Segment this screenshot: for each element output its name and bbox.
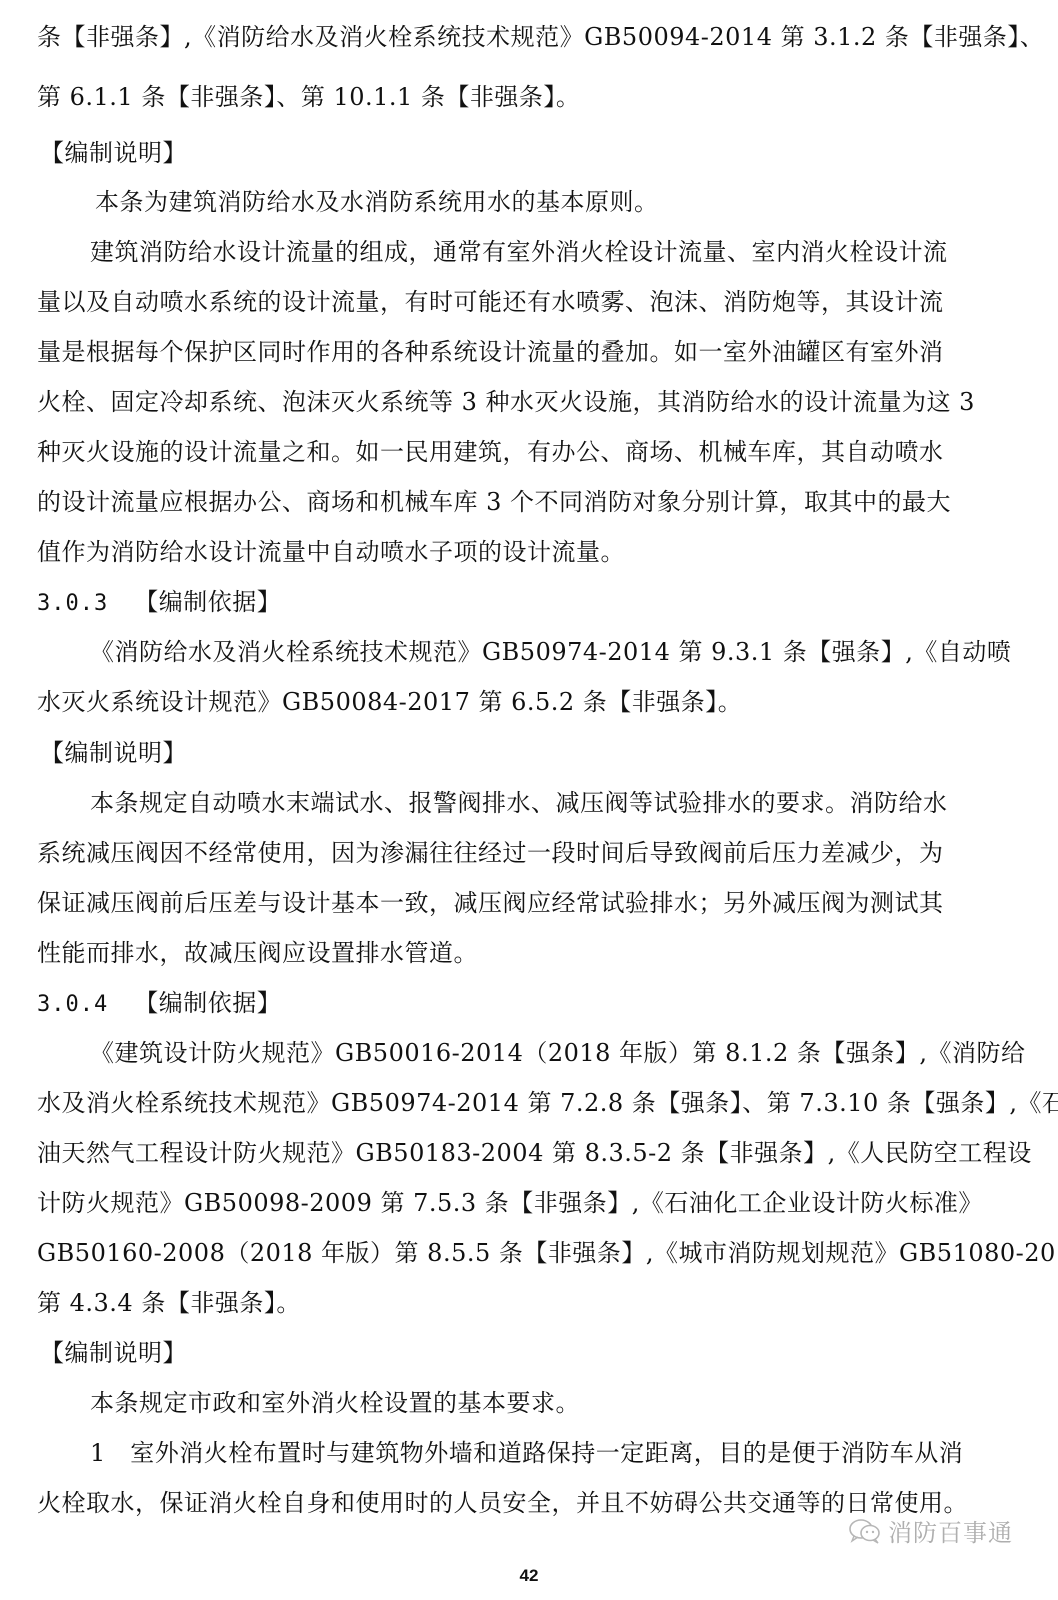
basis-line: 水灭火系统设计规范》GB50084-2017 第 6.5.2 条【非强条】。: [37, 687, 742, 717]
paragraph-line: 火栓、固定冷却系统、泡沫灭火系统等 3 种水灭火设施，其消防给水的设计流量为这 …: [37, 387, 975, 417]
section-number: 3.0.3: [37, 591, 108, 616]
paragraph-line: 保证减压阀前后压差与设计基本一致，减压阀应经常试验排水；另外减压阀为测试其: [37, 888, 944, 918]
paragraph-line: 建筑消防给水设计流量的组成，通常有室外消火栓设计流量、室内消火栓设计流: [90, 237, 948, 267]
paragraph-line: 量是根据每个保护区同时作用的各种系统设计流量的叠加。如一室外油罐区有室外消: [37, 337, 944, 367]
paragraph-line: 本条规定市政和室外消火栓设置的基本要求。: [90, 1388, 580, 1418]
section-heading-label: 【编制依据】: [134, 989, 281, 1017]
paragraph-line: 系统减压阀因不经常使用，因为渗漏往往经过一段时间后导致阀前后压力差减少，为: [37, 838, 944, 868]
basis-line: 计防火规范》GB50098-2009 第 7.5.3 条【非强条】,《石油化工企…: [37, 1188, 983, 1218]
basis-line: 水及消火栓系统技术规范》GB50974-2014 第 7.2.8 条【强条】、第…: [37, 1088, 1058, 1118]
section-heading-3-0-4: 3.0.4【编制依据】: [37, 988, 281, 1020]
document-page: 条【非强条】,《消防给水及消火栓系统技术规范》GB50094-2014 第 3.…: [0, 0, 1058, 1600]
basis-line: 《建筑设计防火规范》GB50016-2014（2018 年版）第 8.1.2 条…: [90, 1038, 1026, 1068]
basis-line: 《消防给水及消火栓系统技术规范》GB50974-2014 第 9.3.1 条【强…: [90, 637, 1011, 667]
paragraph-line: 性能而排水，故减压阀应设置排水管道。: [37, 938, 478, 968]
basis-line: 第 4.3.4 条【非强条】。: [37, 1288, 301, 1318]
page-number: 42: [0, 1566, 1058, 1586]
explanation-label: 【编制说明】: [40, 738, 187, 768]
paragraph-line: 本条为建筑消防给水及水消防系统用水的基本原则。: [95, 187, 659, 217]
text-line: 第 6.1.1 条【非强条】、第 10.1.1 条【非强条】。: [37, 82, 580, 112]
wechat-icon: [848, 1518, 882, 1544]
paragraph-line: 的设计流量应根据办公、商场和机械车库 3 个不同消防对象分别计算，取其中的最大: [37, 487, 951, 517]
section-number: 3.0.4: [37, 992, 108, 1017]
watermark-text: 消防百事通: [888, 1513, 1013, 1548]
section-heading-3-0-3: 3.0.3【编制依据】: [37, 587, 281, 619]
basis-line: 油天然气工程设计防火规范》GB50183-2004 第 8.3.5-2 条【非强…: [37, 1138, 1032, 1168]
paragraph-line: 火栓取水，保证消火栓自身和使用时的人员安全，并且不妨碍公共交通等的日常使用。: [37, 1488, 968, 1518]
watermark: 消防百事通: [848, 1513, 1013, 1548]
basis-line: GB50160-2008（2018 年版）第 8.5.5 条【非强条】,《城市消…: [37, 1238, 1058, 1268]
paragraph-line: 量以及自动喷水系统的设计流量，有时可能还有水喷雾、泡沫、消防炮等，其设计流: [37, 287, 944, 317]
text-line: 条【非强条】,《消防给水及消火栓系统技术规范》GB50094-2014 第 3.…: [37, 22, 1044, 52]
paragraph-line: 种灭火设施的设计流量之和。如一民用建筑，有办公、商场、机械车库，其自动喷水: [37, 437, 944, 467]
list-item-line: 1 室外消火栓布置时与建筑物外墙和道路保持一定距离，目的是便于消防车从消: [90, 1438, 963, 1468]
paragraph-line: 值作为消防给水设计流量中自动喷水子项的设计流量。: [37, 537, 625, 567]
explanation-label: 【编制说明】: [40, 138, 187, 168]
explanation-label: 【编制说明】: [40, 1338, 187, 1368]
section-heading-label: 【编制依据】: [134, 588, 281, 616]
paragraph-line: 本条规定自动喷水末端试水、报警阀排水、减压阀等试验排水的要求。消防给水: [90, 788, 948, 818]
